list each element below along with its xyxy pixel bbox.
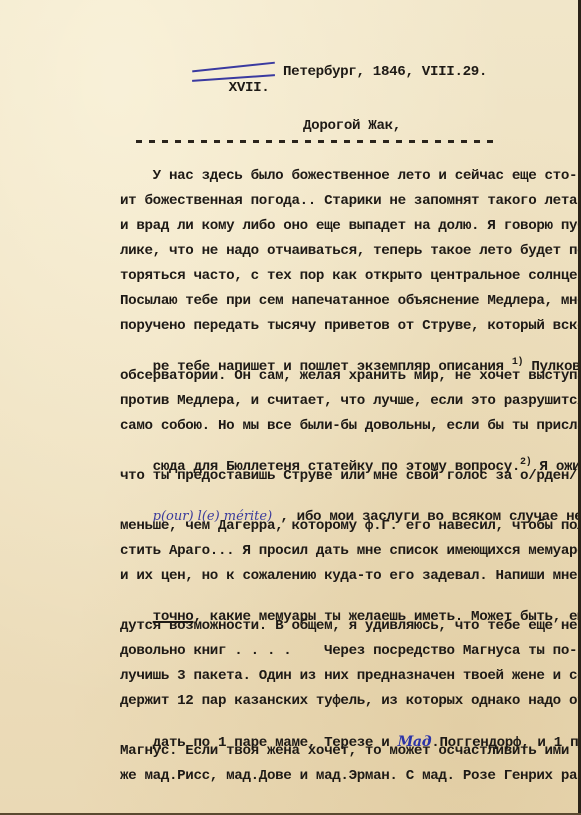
text-line: Посылаю тебе при сем напечатанное объясн… (120, 293, 581, 309)
footnote-marker: 2) (520, 457, 531, 468)
text-line: против Медлера, и считает, что лучше, ес… (120, 393, 581, 409)
text-line: Магнус. Если твоя жена хочет, то может о… (120, 743, 581, 759)
text-line: и врад ли кому либо оно еще выпадет на д… (120, 218, 581, 234)
text-line: ит божественная погода.. Старики не запо… (120, 193, 581, 209)
place-date: Петербург, 1846, VIII.29. (283, 64, 487, 80)
text-line: лучишь 3 пакета. Один из них предназначе… (120, 668, 581, 684)
text-line: держит 12 пар казанских туфель, из котор… (120, 693, 581, 709)
letter-page: XVII. Петербург, 1846, VIII.29. Дорогой … (0, 0, 581, 815)
text-line: У нас здесь было божественное лето и сей… (120, 168, 577, 184)
salutation: Дорогой Жак, (303, 118, 401, 134)
text-line: само собою. Но мы все были-бы довольны, … (120, 418, 581, 434)
footnote-marker: 1) (512, 357, 523, 368)
text-line: же мад.Рисс, мад.Дове и мад.Эрман. С мад… (120, 768, 581, 784)
letter-number-text: XVII. (229, 80, 270, 96)
handwritten-strike-top (192, 62, 275, 72)
text-line: стить Араго... Я просил дать мне список … (120, 543, 581, 559)
text-line: и их цен, но к сожалению куда-то его зад… (120, 568, 577, 584)
text-line: обсерватории. Он сам, желая хранить мир,… (120, 368, 581, 384)
text-line: торяться часто, с тех пор как открыто це… (120, 268, 581, 284)
dashed-separator (136, 140, 499, 143)
letter-number: XVII. (196, 64, 269, 144)
text-line: довольно книг . . . . Через посредство М… (120, 643, 577, 659)
text-line: дутся возможности. В общем, я удивляюсь,… (120, 618, 577, 634)
text-line: лике, что не надо отчаиваться, теперь та… (120, 243, 581, 259)
text-line: поручено передать тысячу приветов от Стр… (120, 318, 581, 334)
text-line: меньше, чем Дагерра, которому ф.Г. его н… (120, 518, 581, 534)
text-line: что ты предоставишь Струве или мне свой … (120, 468, 577, 484)
